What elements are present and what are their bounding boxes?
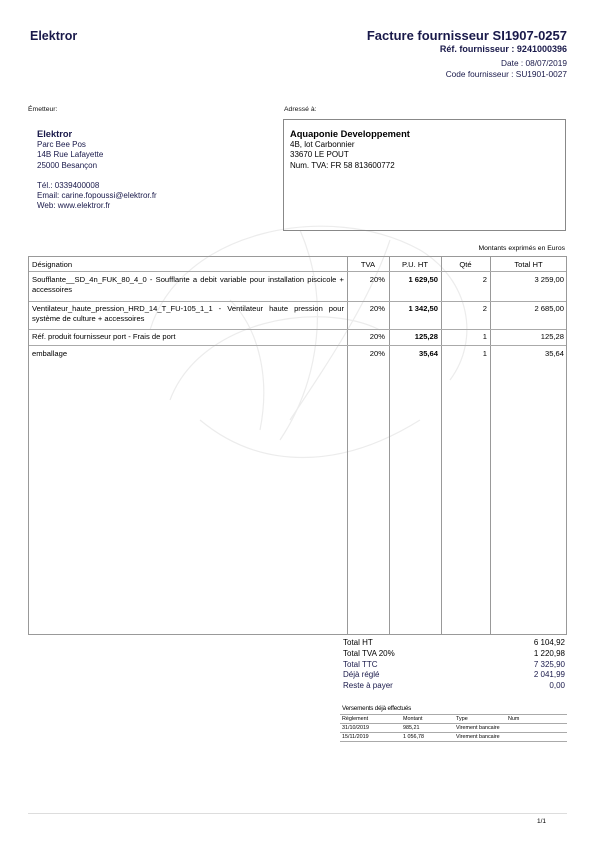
total-tva-value: 1 220,98 bbox=[534, 649, 565, 660]
payments-header-num: Num bbox=[508, 715, 519, 723]
payment-type: Virement bancaire bbox=[456, 733, 500, 741]
invoice-title: Facture fournisseur SI1907-0257 bbox=[367, 28, 567, 43]
supplier-code: Code fournisseur : SU1901-0027 bbox=[446, 69, 567, 79]
recipient-label: Adressé à: bbox=[284, 106, 317, 113]
emitter-address-line: Parc Bee Pos bbox=[37, 140, 157, 150]
recipient-address-block: Aquaponie Developpement 4B, lot Carbonni… bbox=[290, 129, 410, 171]
total-ttc-row: Total TTC 7 325,90 bbox=[343, 660, 565, 671]
payment-type: Virement bancaire bbox=[456, 724, 500, 732]
emitter-email: Email: carine.fopoussi@elektror.fr bbox=[37, 191, 157, 201]
total-ttc-value: 7 325,90 bbox=[534, 660, 565, 671]
table-row-total: 125,28 bbox=[490, 332, 564, 342]
table-row-tva: 20% bbox=[347, 332, 385, 342]
paid-row: Déjà réglé 2 041,99 bbox=[343, 670, 565, 681]
table-row-qty: 2 bbox=[441, 304, 487, 314]
table-row-tva: 20% bbox=[347, 304, 385, 314]
table-row-qty: 1 bbox=[441, 332, 487, 342]
total-tva-row: Total TVA 20% 1 220,98 bbox=[343, 649, 565, 660]
table-row-unit-price: 125,28 bbox=[389, 332, 438, 342]
table-row-qty: 2 bbox=[441, 275, 487, 285]
totals-block: Total HT 6 104,92 Total TVA 20% 1 220,98… bbox=[343, 638, 565, 692]
emitter-name: Elektror bbox=[37, 129, 157, 140]
table-row-qty: 1 bbox=[441, 349, 487, 359]
page-number: 1/1 bbox=[537, 818, 546, 825]
paid-value: 2 041,99 bbox=[534, 670, 565, 681]
row-divider bbox=[29, 329, 566, 330]
total-ttc-label: Total TTC bbox=[343, 660, 378, 671]
remaining-row: Reste à payer 0,00 bbox=[343, 681, 565, 692]
recipient-address-line: 33670 LE POUT bbox=[290, 150, 410, 160]
emitter-address-line: 25000 Besançon bbox=[37, 161, 157, 171]
remaining-label: Reste à payer bbox=[343, 681, 393, 692]
table-row-unit-price: 1 629,50 bbox=[389, 275, 438, 285]
table-row-total: 35,64 bbox=[490, 349, 564, 359]
column-header-tva: TVA bbox=[347, 260, 389, 270]
emitter-phone: Tél.: 0339400008 bbox=[37, 181, 157, 191]
footer-divider bbox=[28, 813, 567, 814]
row-divider bbox=[29, 345, 566, 346]
payments-title: Versements déjà effectués bbox=[342, 705, 411, 712]
payment-row: 15/11/2019 1 056,78 Virement bancaire bbox=[340, 732, 567, 742]
table-row-unit-price: 1 342,50 bbox=[389, 304, 438, 314]
remaining-value: 0,00 bbox=[549, 681, 565, 692]
recipient-address-line: 4B, lot Carbonnier bbox=[290, 140, 410, 150]
column-header-qty: Qté bbox=[441, 260, 490, 270]
total-ht-value: 6 104,92 bbox=[534, 638, 565, 649]
table-row-tva: 20% bbox=[347, 349, 385, 359]
emitter-label: Émetteur: bbox=[28, 106, 57, 113]
emitter-address-line: 14B Rue Lafayette bbox=[37, 150, 157, 160]
items-table: Désignation TVA P.U. HT Qté Total HT Sou… bbox=[28, 256, 567, 635]
table-row-designation: Ventilateur_haute_pression_HRD_14_T_FU-1… bbox=[32, 304, 344, 324]
invoice-date: Date : 08/07/2019 bbox=[501, 58, 567, 68]
table-row-tva: 20% bbox=[347, 275, 385, 285]
payments-header-date: Règlement bbox=[342, 715, 368, 723]
paid-label: Déjà réglé bbox=[343, 670, 379, 681]
payments-header-type: Type bbox=[456, 715, 468, 723]
total-ht-row: Total HT 6 104,92 bbox=[343, 638, 565, 649]
total-tva-label: Total TVA 20% bbox=[343, 649, 395, 660]
emitter-address-block: Elektror Parc Bee Pos 14B Rue Lafayette … bbox=[37, 129, 157, 212]
column-header-total: Total HT bbox=[490, 260, 567, 270]
supplier-reference: Réf. fournisseur : 9241000396 bbox=[440, 44, 567, 54]
row-divider bbox=[29, 301, 566, 302]
payments-header-amount: Montant bbox=[403, 715, 422, 723]
column-header-designation: Désignation bbox=[32, 260, 72, 270]
payments-table: Règlement Montant Type Num 31/10/2019 98… bbox=[340, 714, 567, 742]
table-row-designation: emballage bbox=[32, 349, 344, 359]
recipient-name: Aquaponie Developpement bbox=[290, 129, 410, 140]
payment-row: 31/10/2019 985,21 Virement bancaire bbox=[340, 723, 567, 732]
table-row-total: 3 259,00 bbox=[490, 275, 564, 285]
payment-amount: 985,21 bbox=[403, 724, 420, 732]
payment-amount: 1 056,78 bbox=[403, 733, 424, 741]
table-row-designation: Soufflante__SD_4n_FUK_80_4_0 - Soufflant… bbox=[32, 275, 344, 295]
company-name: Elektror bbox=[30, 29, 77, 43]
total-ht-label: Total HT bbox=[343, 638, 373, 649]
payment-date: 31/10/2019 bbox=[342, 724, 369, 732]
payment-date: 15/11/2019 bbox=[342, 733, 369, 741]
table-row-designation: Réf. produit fournisseur port - Frais de… bbox=[32, 332, 344, 342]
row-divider bbox=[29, 271, 566, 272]
currency-note: Montants exprimés en Euros bbox=[478, 245, 565, 252]
emitter-web: Web: www.elektror.fr bbox=[37, 201, 157, 211]
column-header-unit-price: P.U. HT bbox=[389, 260, 441, 270]
table-row-total: 2 685,00 bbox=[490, 304, 564, 314]
table-row-unit-price: 35,64 bbox=[389, 349, 438, 359]
recipient-vat: Num. TVA: FR 58 813600772 bbox=[290, 161, 410, 171]
payments-header-row: Règlement Montant Type Num bbox=[340, 714, 567, 723]
